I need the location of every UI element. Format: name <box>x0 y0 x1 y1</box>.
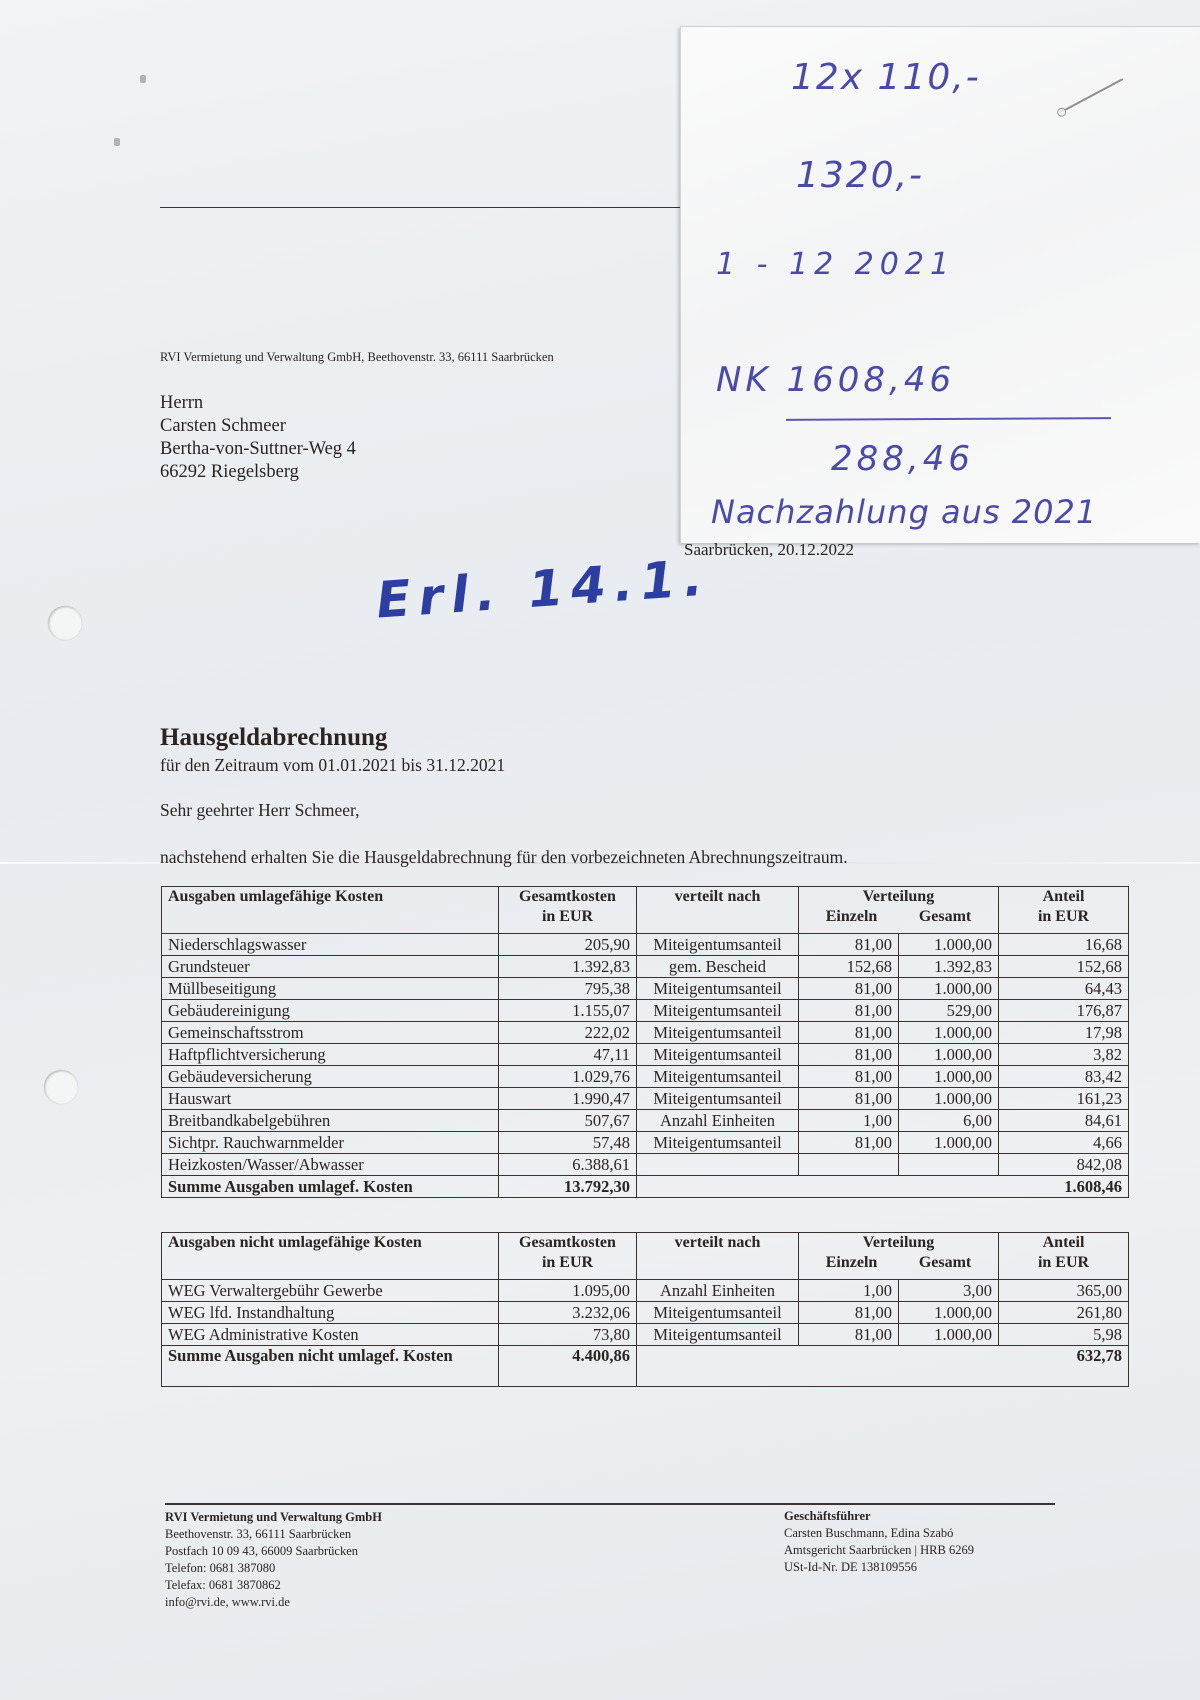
cell-description: WEG Verwaltergebühr Gewerbe <box>162 1280 499 1302</box>
sticky-note: 12x 110,- 1320,- 1 - 12 2021 NK 1608,46 … <box>680 26 1200 543</box>
table-row: Müllbeseitigung795,38Miteigentumsanteil8… <box>162 978 1129 1000</box>
cell-total: 1.029,76 <box>499 1066 637 1088</box>
cell-description: Niederschlagswasser <box>162 934 499 956</box>
table-row: Grundsteuer1.392,83gem. Bescheid152,681.… <box>162 956 1129 978</box>
sum-total: 4.400,86 <box>499 1346 637 1387</box>
cell-single: 1,00 <box>799 1110 899 1132</box>
note-line: Nachzahlung aus 2021 <box>711 493 1097 531</box>
note-line: NK 1608,46 <box>716 360 955 400</box>
cell-overall: 1.000,00 <box>899 1066 999 1088</box>
cell-single <box>799 1154 899 1176</box>
cell-total: 57,48 <box>499 1132 637 1154</box>
cell-single: 81,00 <box>799 1088 899 1110</box>
header-description: Ausgaben nicht umlagefähige Kosten <box>162 1233 499 1280</box>
table-row: WEG lfd. Instandhaltung3.232,06Miteigent… <box>162 1302 1129 1324</box>
letter-date: Saarbrücken, 20.12.2022 <box>684 540 854 560</box>
cell-description: Grundsteuer <box>162 956 499 978</box>
footer-line: Beethovenstr. 33, 66111 Saarbrücken <box>165 1526 382 1543</box>
table-row: Gebäudeversicherung1.029,76Miteigentumsa… <box>162 1066 1129 1088</box>
footer-line: Postfach 10 09 43, 66009 Saarbrücken <box>165 1543 382 1560</box>
recipient-line: 66292 Riegelsberg <box>160 461 356 484</box>
cell-overall: 1.000,00 <box>899 1022 999 1044</box>
cell-single: 81,00 <box>799 1302 899 1324</box>
sum-label: Summe Ausgaben umlagef. Kosten <box>162 1176 499 1198</box>
header-share: Anteil in EUR <box>999 1233 1129 1280</box>
footer-company-info: RVI Vermietung und Verwaltung GmbH Beeth… <box>165 1509 382 1611</box>
cell-description: Gebäudeversicherung <box>162 1066 499 1088</box>
cell-share: 5,98 <box>999 1324 1129 1346</box>
table-header-row: Ausgaben umlagefähige Kosten Gesamtkoste… <box>162 887 1129 934</box>
cell-single: 81,00 <box>799 978 899 1000</box>
table-row: Niederschlagswasser205,90Miteigentumsant… <box>162 934 1129 956</box>
table-row: Gebäudereinigung1.155,07Miteigentumsante… <box>162 1000 1129 1022</box>
cell-single: 1,00 <box>799 1280 899 1302</box>
table-umlagefaehige-kosten: Ausgaben umlagefähige Kosten Gesamtkoste… <box>161 886 1129 1198</box>
intro-text: nachstehend erhalten Sie die Hausgeldabr… <box>160 847 848 868</box>
cell-overall: 6,00 <box>899 1110 999 1132</box>
cell-method: Anzahl Einheiten <box>637 1110 799 1132</box>
note-line: 1 - 12 2021 <box>716 247 955 282</box>
cell-overall: 1.000,00 <box>899 1302 999 1324</box>
header-overall: Gesamt <box>919 907 971 927</box>
cell-share: 365,00 <box>999 1280 1129 1302</box>
cell-method: Miteigentumsanteil <box>637 1000 799 1022</box>
cell-share: 842,08 <box>999 1154 1129 1176</box>
cell-single: 81,00 <box>799 934 899 956</box>
footer-line: Amtsgericht Saarbrücken | HRB 6269 <box>784 1542 974 1559</box>
cell-total: 1.392,83 <box>499 956 637 978</box>
sender-return-line: RVI Vermietung und Verwaltung GmbH, Beet… <box>160 350 554 365</box>
header-distribution-label: Verteilung <box>805 887 992 907</box>
table-body: WEG Verwaltergebühr Gewerbe1.095,00Anzah… <box>162 1280 1129 1346</box>
cell-method: Miteigentumsanteil <box>637 1302 799 1324</box>
cell-description: Heizkosten/Wasser/Abwasser <box>162 1154 499 1176</box>
cell-description: Gemeinschaftsstrom <box>162 1022 499 1044</box>
header-share-line: Anteil <box>1005 1233 1122 1253</box>
cell-method: Miteigentumsanteil <box>637 1088 799 1110</box>
footer-line: Carsten Buschmann, Edina Szabó <box>784 1525 974 1542</box>
cell-overall: 3,00 <box>899 1280 999 1302</box>
header-total: Gesamtkosten in EUR <box>499 887 637 934</box>
cell-overall: 1.000,00 <box>899 1044 999 1066</box>
document-period: für den Zeitraum vom 01.01.2021 bis 31.1… <box>160 755 505 776</box>
cell-description: Sichtpr. Rauchwarnmelder <box>162 1132 499 1154</box>
cell-description: Müllbeseitigung <box>162 978 499 1000</box>
table-sum-row: Summe Ausgaben nicht umlagef. Kosten 4.4… <box>162 1346 1129 1387</box>
pin-icon <box>1061 78 1124 113</box>
header-share-line: in EUR <box>1005 907 1122 927</box>
note-underline <box>786 417 1111 421</box>
cell-share: 84,61 <box>999 1110 1129 1132</box>
punch-hole-icon <box>44 1070 78 1104</box>
table-row: Heizkosten/Wasser/Abwasser6.388,61842,08 <box>162 1154 1129 1176</box>
staple-mark-icon <box>114 138 120 146</box>
table-nicht-umlagefaehige-kosten: Ausgaben nicht umlagefähige Kosten Gesam… <box>161 1232 1129 1387</box>
header-total-line: Gesamtkosten <box>505 1233 630 1253</box>
cell-overall: 1.000,00 <box>899 1088 999 1110</box>
header-overall: Gesamt <box>919 1253 971 1273</box>
cell-total: 507,67 <box>499 1110 637 1132</box>
cell-method: Miteigentumsanteil <box>637 978 799 1000</box>
cell-single: 81,00 <box>799 1132 899 1154</box>
cell-total: 6.388,61 <box>499 1154 637 1176</box>
header-total-line: in EUR <box>505 1253 630 1273</box>
cell-description: WEG Administrative Kosten <box>162 1324 499 1346</box>
table-row: WEG Verwaltergebühr Gewerbe1.095,00Anzah… <box>162 1280 1129 1302</box>
header-share-line: Anteil <box>1005 887 1122 907</box>
table-row: Sichtpr. Rauchwarnmelder57,48Miteigentum… <box>162 1132 1129 1154</box>
handwritten-annotation: Erl. 14.1. <box>374 548 712 629</box>
cell-single: 81,00 <box>799 1044 899 1066</box>
cell-method: Miteigentumsanteil <box>637 1132 799 1154</box>
cell-single: 81,00 <box>799 1022 899 1044</box>
cell-overall: 1.000,00 <box>899 1132 999 1154</box>
header-single: Einzeln <box>826 907 878 927</box>
cell-total: 3.232,06 <box>499 1302 637 1324</box>
cell-share: 161,23 <box>999 1088 1129 1110</box>
cell-total: 47,11 <box>499 1044 637 1066</box>
cell-share: 83,42 <box>999 1066 1129 1088</box>
table-row: Haftpflichtversicherung47,11Miteigentums… <box>162 1044 1129 1066</box>
header-method: verteilt nach <box>637 887 799 934</box>
cell-total: 205,90 <box>499 934 637 956</box>
salutation: Sehr geehrter Herr Schmeer, <box>160 800 359 821</box>
header-share-line: in EUR <box>1005 1253 1122 1273</box>
note-line: 12x 110,- <box>791 57 981 98</box>
staple-mark-icon <box>140 75 146 83</box>
cell-description: WEG lfd. Instandhaltung <box>162 1302 499 1324</box>
header-total-line: Gesamtkosten <box>505 887 630 907</box>
cell-total: 1.095,00 <box>499 1280 637 1302</box>
cell-method: Miteigentumsanteil <box>637 934 799 956</box>
cell-single: 81,00 <box>799 1066 899 1088</box>
cell-method: Miteigentumsanteil <box>637 1066 799 1088</box>
cell-total: 1.155,07 <box>499 1000 637 1022</box>
recipient-address: Herrn Carsten Schmeer Bertha-von-Suttner… <box>160 392 356 484</box>
footer-management-info: Geschäftsführer Carsten Buschmann, Edina… <box>784 1508 974 1576</box>
sum-label: Summe Ausgaben nicht umlagef. Kosten <box>162 1346 499 1387</box>
cell-method: gem. Bescheid <box>637 956 799 978</box>
sum-share: 632,78 <box>637 1346 1129 1387</box>
document-title: Hausgeldabrechnung <box>160 724 387 752</box>
header-description: Ausgaben umlagefähige Kosten <box>162 887 499 934</box>
table-row: Breitbandkabelgebühren507,67Anzahl Einhe… <box>162 1110 1129 1132</box>
footer-line: Telefax: 0681 3870862 <box>165 1577 382 1594</box>
table-header-row: Ausgaben nicht umlagefähige Kosten Gesam… <box>162 1233 1129 1280</box>
cell-overall: 1.000,00 <box>899 978 999 1000</box>
table-row: WEG Administrative Kosten73,80Miteigentu… <box>162 1324 1129 1346</box>
header-distribution: Verteilung Einzeln Gesamt <box>799 887 999 934</box>
recipient-line: Carsten Schmeer <box>160 415 356 438</box>
sum-total: 13.792,30 <box>499 1176 637 1198</box>
cell-overall: 529,00 <box>899 1000 999 1022</box>
cell-share: 261,80 <box>999 1302 1129 1324</box>
note-line: 288,46 <box>831 439 974 479</box>
cell-share: 152,68 <box>999 956 1129 978</box>
footer-management-label: Geschäftsführer <box>784 1508 974 1525</box>
header-total-line: in EUR <box>505 907 630 927</box>
cell-method: Miteigentumsanteil <box>637 1324 799 1346</box>
cell-share: 64,43 <box>999 978 1129 1000</box>
footer-rule <box>165 1503 1055 1505</box>
footer-line: Telefon: 0681 387080 <box>165 1560 382 1577</box>
cell-overall <box>899 1154 999 1176</box>
cell-share: 3,82 <box>999 1044 1129 1066</box>
cell-description: Breitbandkabelgebühren <box>162 1110 499 1132</box>
cell-description: Hauswart <box>162 1088 499 1110</box>
recipient-line: Bertha-von-Suttner-Weg 4 <box>160 438 356 461</box>
cell-description: Gebäudereinigung <box>162 1000 499 1022</box>
header-distribution: Verteilung Einzeln Gesamt <box>799 1233 999 1280</box>
sum-share: 1.608,46 <box>637 1176 1129 1198</box>
cell-overall: 1.392,83 <box>899 956 999 978</box>
note-line: 1320,- <box>796 155 924 196</box>
cell-description: Haftpflichtversicherung <box>162 1044 499 1066</box>
cell-single: 152,68 <box>799 956 899 978</box>
cell-overall: 1.000,00 <box>899 1324 999 1346</box>
punch-hole-icon <box>48 606 82 640</box>
table-row: Hauswart1.990,47Miteigentumsanteil81,001… <box>162 1088 1129 1110</box>
header-distribution-label: Verteilung <box>805 1233 992 1253</box>
cell-total: 795,38 <box>499 978 637 1000</box>
header-single: Einzeln <box>826 1253 878 1273</box>
header-total: Gesamtkosten in EUR <box>499 1233 637 1280</box>
cell-total: 1.990,47 <box>499 1088 637 1110</box>
cell-share: 4,66 <box>999 1132 1129 1154</box>
cell-share: 16,68 <box>999 934 1129 956</box>
footer-company-name: RVI Vermietung und Verwaltung GmbH <box>165 1509 382 1526</box>
table-sum-row: Summe Ausgaben umlagef. Kosten 13.792,30… <box>162 1176 1129 1198</box>
cell-overall: 1.000,00 <box>899 934 999 956</box>
cell-total: 222,02 <box>499 1022 637 1044</box>
recipient-line: Herrn <box>160 392 356 415</box>
cell-single: 81,00 <box>799 1324 899 1346</box>
cell-method <box>637 1154 799 1176</box>
cell-share: 17,98 <box>999 1022 1129 1044</box>
cell-method: Miteigentumsanteil <box>637 1044 799 1066</box>
table-row: Gemeinschaftsstrom222,02Miteigentumsante… <box>162 1022 1129 1044</box>
address-window-rule <box>160 207 680 208</box>
footer-line: USt-Id-Nr. DE 138109556 <box>784 1559 974 1576</box>
cell-method: Anzahl Einheiten <box>637 1280 799 1302</box>
cell-method: Miteigentumsanteil <box>637 1022 799 1044</box>
header-method: verteilt nach <box>637 1233 799 1280</box>
header-share: Anteil in EUR <box>999 887 1129 934</box>
footer-contact-links: info@rvi.de, www.rvi.de <box>165 1594 382 1611</box>
cell-share: 176,87 <box>999 1000 1129 1022</box>
table-body: Niederschlagswasser205,90Miteigentumsant… <box>162 934 1129 1176</box>
cell-single: 81,00 <box>799 1000 899 1022</box>
cell-total: 73,80 <box>499 1324 637 1346</box>
